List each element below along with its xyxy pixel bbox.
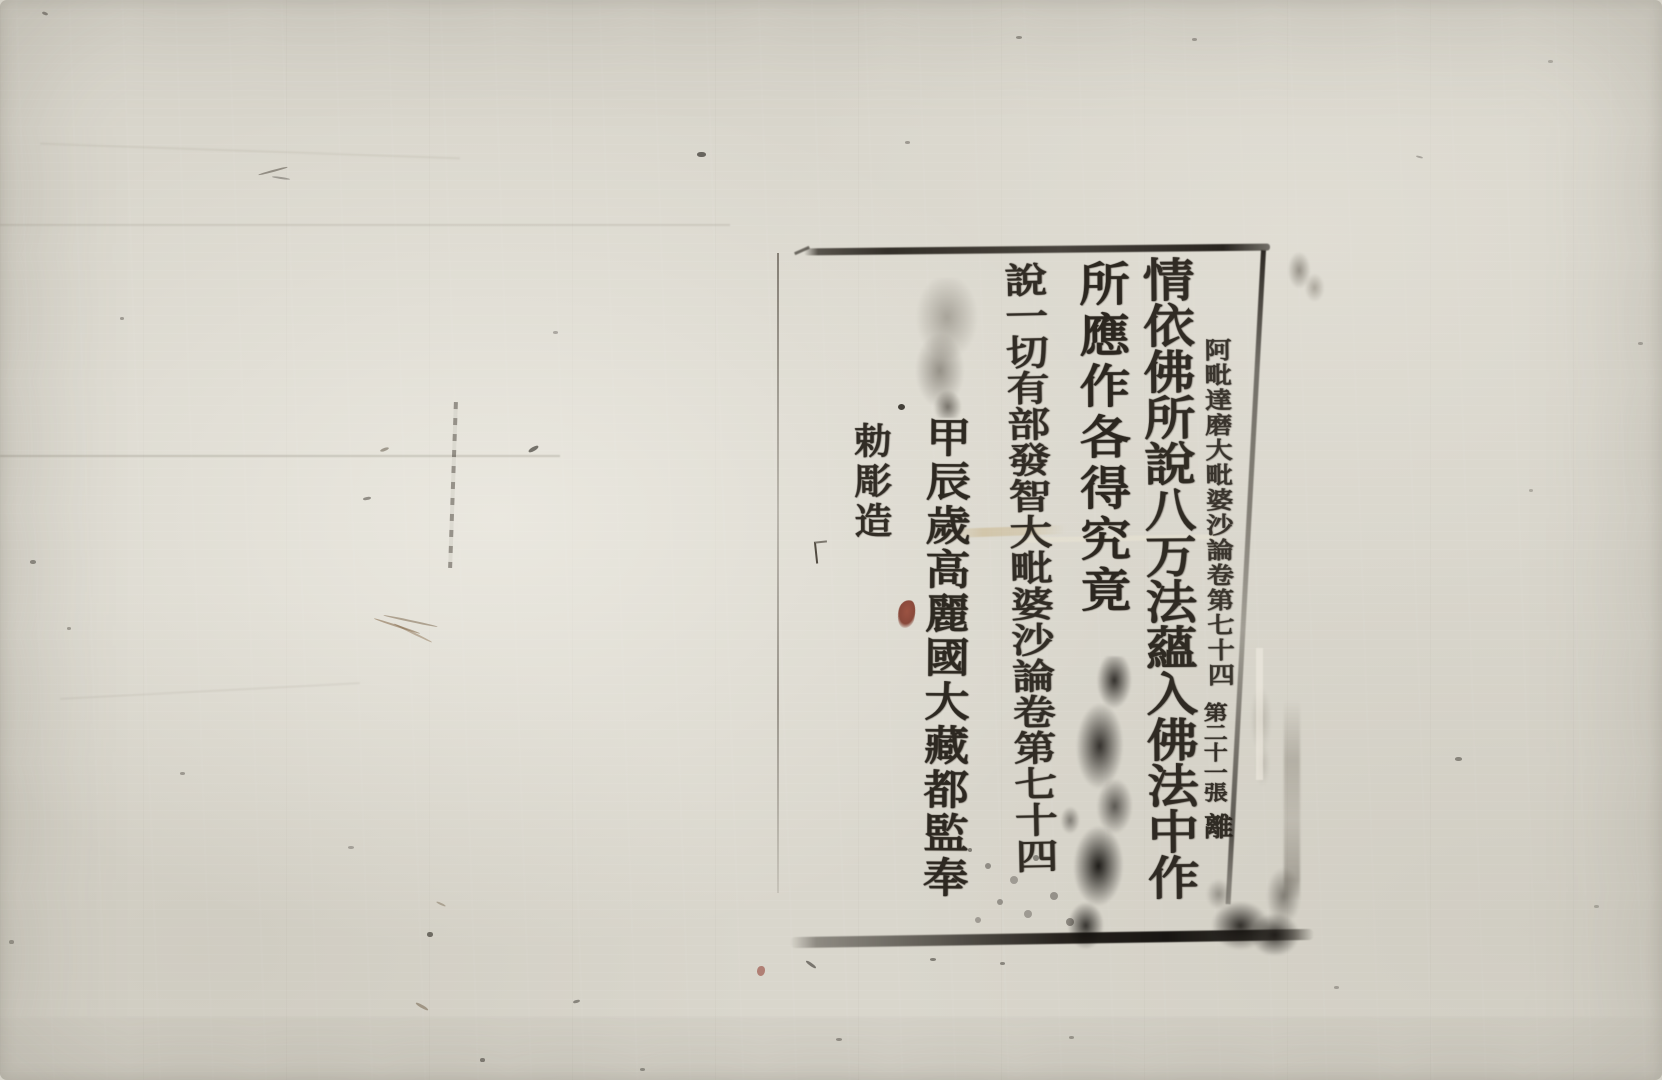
paper-speck (272, 176, 290, 180)
paper-speck (573, 999, 581, 1004)
paper-speck (1334, 986, 1339, 989)
paper-crease (0, 224, 730, 226)
paper-speck (480, 1058, 485, 1062)
column-sheet-number: 第二十一張 (1197, 702, 1232, 802)
column-case-marker: 離 (1196, 813, 1237, 839)
paper-speck (1016, 36, 1022, 39)
paper-speck (553, 331, 558, 334)
ink-mark-left-margin (814, 540, 829, 563)
paper-speck (1529, 489, 1533, 492)
paper-speck (1594, 905, 1599, 908)
column-end-title: 說一切有部發智大毗婆沙論卷第七十四 (992, 261, 1065, 874)
paper-speck (9, 940, 14, 944)
paper-crease (0, 455, 560, 457)
paper-speck (930, 958, 936, 961)
ink-smudge-top-right (1286, 250, 1330, 308)
paper-crease-light (1256, 648, 1263, 780)
paper-speck (120, 317, 124, 320)
column-body-text-2: 所應作各得究竟 (1065, 260, 1139, 617)
paper-wrinkle (60, 682, 360, 700)
paper-speck (640, 1068, 645, 1071)
paper-speck (348, 846, 354, 849)
column-colophon-date: 甲辰歲高麗國大藏都監奉 (910, 416, 978, 900)
paper-speck (258, 166, 287, 176)
block-border-top (804, 244, 1270, 256)
paper-speck (1548, 60, 1553, 63)
paper-crease (448, 402, 458, 568)
ink-smudge-right-lower (1284, 700, 1300, 900)
paper-speck (394, 623, 433, 643)
paper-speck (1638, 342, 1643, 345)
block-border-left (777, 253, 779, 893)
paper-speck (1192, 38, 1197, 41)
ink-dot (898, 404, 905, 410)
red-ink-speck (757, 966, 765, 976)
paper-speck (905, 141, 910, 144)
paper-speck (67, 627, 71, 630)
paper-speck (528, 445, 540, 454)
paper-speck (415, 1002, 429, 1012)
paper-speck (436, 901, 446, 907)
paper-speck (1416, 155, 1423, 159)
paper-background: 情依佛所說八万法蘊入佛法中作 所應作各得究竟 阿毗達磨大毗婆沙論卷第七十四 第二… (0, 0, 1662, 1080)
paper-speck (180, 772, 185, 775)
paper-speck (836, 1038, 842, 1041)
paper-speck (30, 560, 36, 564)
block-border-bottom (790, 929, 1314, 948)
paper-speck (1000, 962, 1005, 965)
paper-speck (1455, 757, 1462, 761)
paper-wrinkle (40, 143, 460, 160)
paper-speck (1069, 1036, 1074, 1039)
photograph-of-printed-sheet: 情依佛所說八万法蘊入佛法中作 所應作各得究竟 阿毗達磨大毗婆沙論卷第七十四 第二… (0, 0, 1662, 1080)
paper-speck (427, 932, 433, 937)
column-volume-title-small: 阿毗達磨大毗婆沙論卷第七十四 (1196, 338, 1239, 688)
paper-speck (697, 152, 706, 157)
paper-speck (805, 960, 817, 969)
paper-speck (383, 614, 437, 627)
column-colophon-decree: 勅彫造 (844, 422, 898, 542)
ink-smudge-top (903, 278, 983, 418)
paper-speck (42, 11, 49, 16)
paper-speck (380, 447, 389, 453)
paper-speck (363, 496, 371, 500)
